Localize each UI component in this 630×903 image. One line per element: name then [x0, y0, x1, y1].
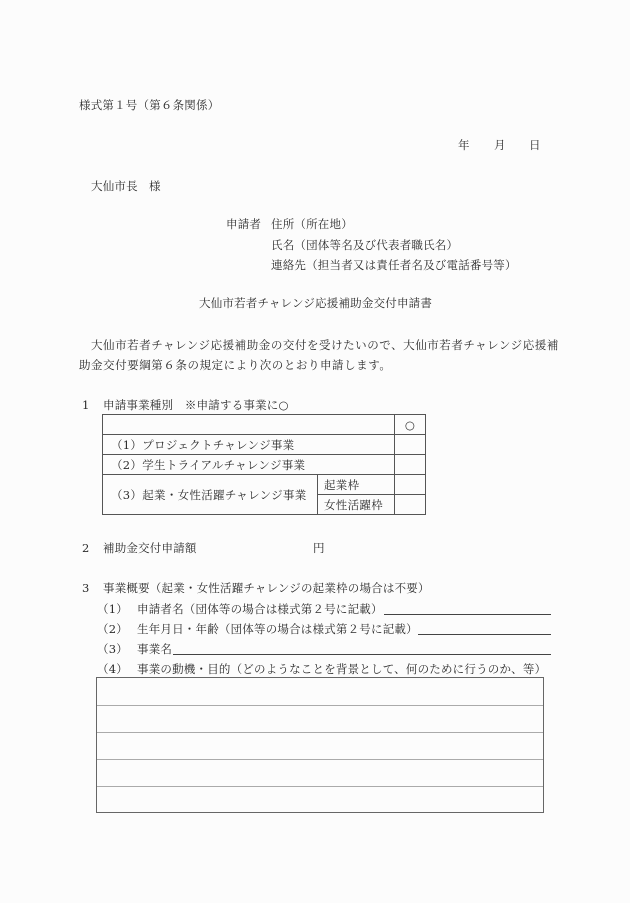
section2-number: 2 — [82, 541, 90, 555]
item4-number: （4） — [97, 662, 128, 676]
addressee-name: 大仙市長 — [91, 179, 138, 193]
motivation-purpose-textarea[interactable] — [96, 677, 544, 813]
table-row: （2）学生トライアルチャレンジ事業 — [103, 455, 426, 475]
table-row: （3）起業・女性活躍チャレンジ事業 起業枠 — [103, 475, 426, 495]
header-blank-cell — [103, 415, 395, 435]
mark-cell-women[interactable] — [395, 495, 426, 515]
table-header-row: ○ — [103, 415, 426, 435]
birthdate-age-field[interactable] — [418, 634, 551, 635]
ruled-line — [97, 705, 543, 706]
applicant-name-label: 氏名（団体等名及び代表者職氏名） — [271, 238, 458, 252]
header-mark-cell: ○ — [395, 415, 426, 435]
applicant-contact-label: 連絡先（担当者又は責任者名及び電話番号等） — [271, 258, 517, 272]
business-name-field[interactable] — [173, 654, 551, 655]
section1-heading: 申請事業種別 ※申請する事業に○ — [103, 398, 289, 412]
subrow-label-startup: 起業枠 — [318, 475, 395, 495]
date-day-label: 日 — [529, 138, 541, 152]
mark-cell-student-trial[interactable] — [395, 455, 426, 475]
applicant-label: 申請者 — [226, 217, 261, 231]
ruled-line — [97, 732, 543, 733]
table-row: （1）プロジェクトチャレンジ事業 — [103, 435, 426, 455]
intro-line-1: 大仙市若者チャレンジ応援補助金の交付を受けたいので、大仙市若者チャレンジ応援補 — [91, 338, 559, 352]
row-label-project-challenge: （1）プロジェクトチャレンジ事業 — [103, 435, 395, 455]
item1-number: （1） — [97, 602, 128, 616]
form-number: 様式第１号（第６条関係） — [79, 98, 219, 112]
ruled-line — [97, 759, 543, 760]
addressee-honorific: 様 — [149, 179, 161, 193]
item2-label: 生年月日・年齢（団体等の場合は様式第２号に記載） — [137, 622, 418, 636]
row-label-student-trial: （2）学生トライアルチャレンジ事業 — [103, 455, 395, 475]
row-label-startup-women: （3）起業・女性活躍チャレンジ事業 — [103, 475, 318, 515]
applicant-name-field[interactable] — [384, 614, 551, 615]
section3-heading: 事業概要（起業・女性活躍チャレンジの起業枠の場合は不要） — [103, 581, 430, 595]
date-month-label: 月 — [494, 138, 506, 152]
section2-unit: 円 — [313, 541, 325, 555]
intro-line-2: 助金交付要綱第６条の規定により次のとおり申請します。 — [79, 358, 391, 372]
date-year-label: 年 — [458, 138, 470, 152]
ruled-line — [97, 786, 543, 787]
business-type-table: ○ （1）プロジェクトチャレンジ事業 （2）学生トライアルチャレンジ事業 （3）… — [102, 414, 426, 515]
item3-label: 事業名 — [137, 642, 172, 656]
item3-number: （3） — [97, 642, 128, 656]
item2-number: （2） — [97, 622, 128, 636]
section2-heading: 補助金交付申請額 — [103, 541, 197, 555]
document-title: 大仙市若者チャレンジ応援補助金交付申請書 — [199, 296, 432, 310]
item1-label: 申請者名（団体等の場合は様式第２号に記載） — [137, 602, 383, 616]
mark-cell-project-challenge[interactable] — [395, 435, 426, 455]
mark-cell-startup[interactable] — [395, 475, 426, 495]
section3-number: 3 — [82, 581, 90, 595]
applicant-address-label: 住所（所在地） — [271, 217, 353, 231]
item4-label: 事業の動機・目的（どのようなことを背景として、何のために行うのか、等） — [137, 662, 546, 676]
subrow-label-women: 女性活躍枠 — [318, 495, 395, 515]
section1-number: 1 — [82, 398, 90, 412]
